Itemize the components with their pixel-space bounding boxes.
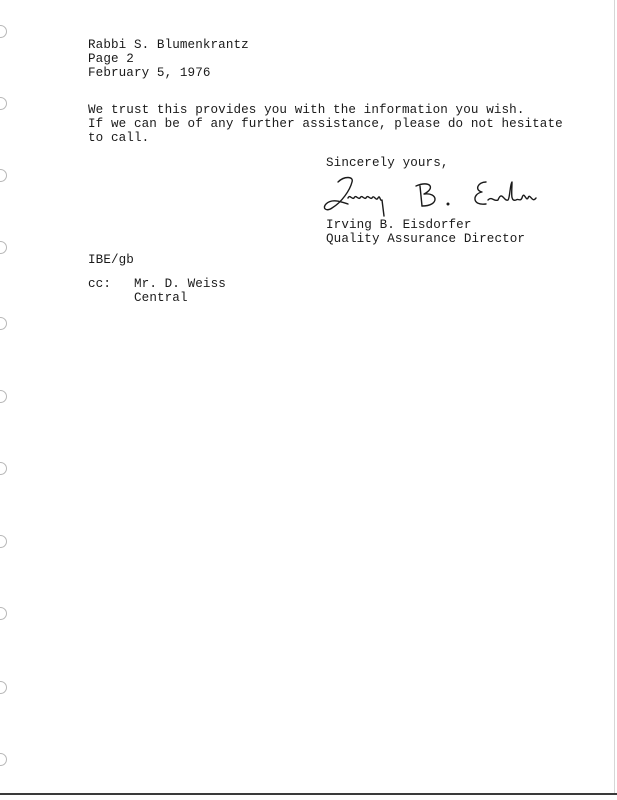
punch-hole-icon (0, 169, 7, 182)
punch-hole-icon (0, 241, 7, 254)
body-line: We trust this provides you with the info… (88, 103, 524, 117)
signer-name: Irving B. Eisdorfer (326, 218, 472, 232)
punch-hole-icon (0, 607, 7, 620)
punch-hole-icon (0, 390, 7, 403)
cc-recipient: Central (134, 291, 188, 305)
cc-label: cc: (88, 277, 111, 291)
closing-salutation: Sincerely yours, (326, 156, 449, 170)
letter-page: Rabbi S. Blumenkrantz Page 2 February 5,… (0, 0, 617, 800)
letter-date: February 5, 1976 (88, 66, 211, 80)
recipient-name: Rabbi S. Blumenkrantz (88, 38, 249, 52)
page-number: Page 2 (88, 52, 134, 66)
punch-hole-icon (0, 97, 7, 110)
body-line: If we can be of any further assistance, … (88, 117, 563, 131)
punch-hole-icon (0, 681, 7, 694)
cc-recipient: Mr. D. Weiss (134, 277, 226, 291)
body-line: to call. (88, 131, 149, 145)
page-bottom-edge (0, 793, 617, 795)
punch-hole-icon (0, 462, 7, 475)
page-edge-line (614, 0, 615, 793)
punch-hole-icon (0, 25, 7, 38)
signer-title: Quality Assurance Director (326, 232, 525, 246)
handwritten-signature (318, 172, 538, 220)
punch-hole-icon (0, 317, 7, 330)
reference-initials: IBE/gb (88, 253, 134, 267)
punch-hole-icon (0, 535, 7, 548)
punch-hole-icon (0, 753, 7, 766)
